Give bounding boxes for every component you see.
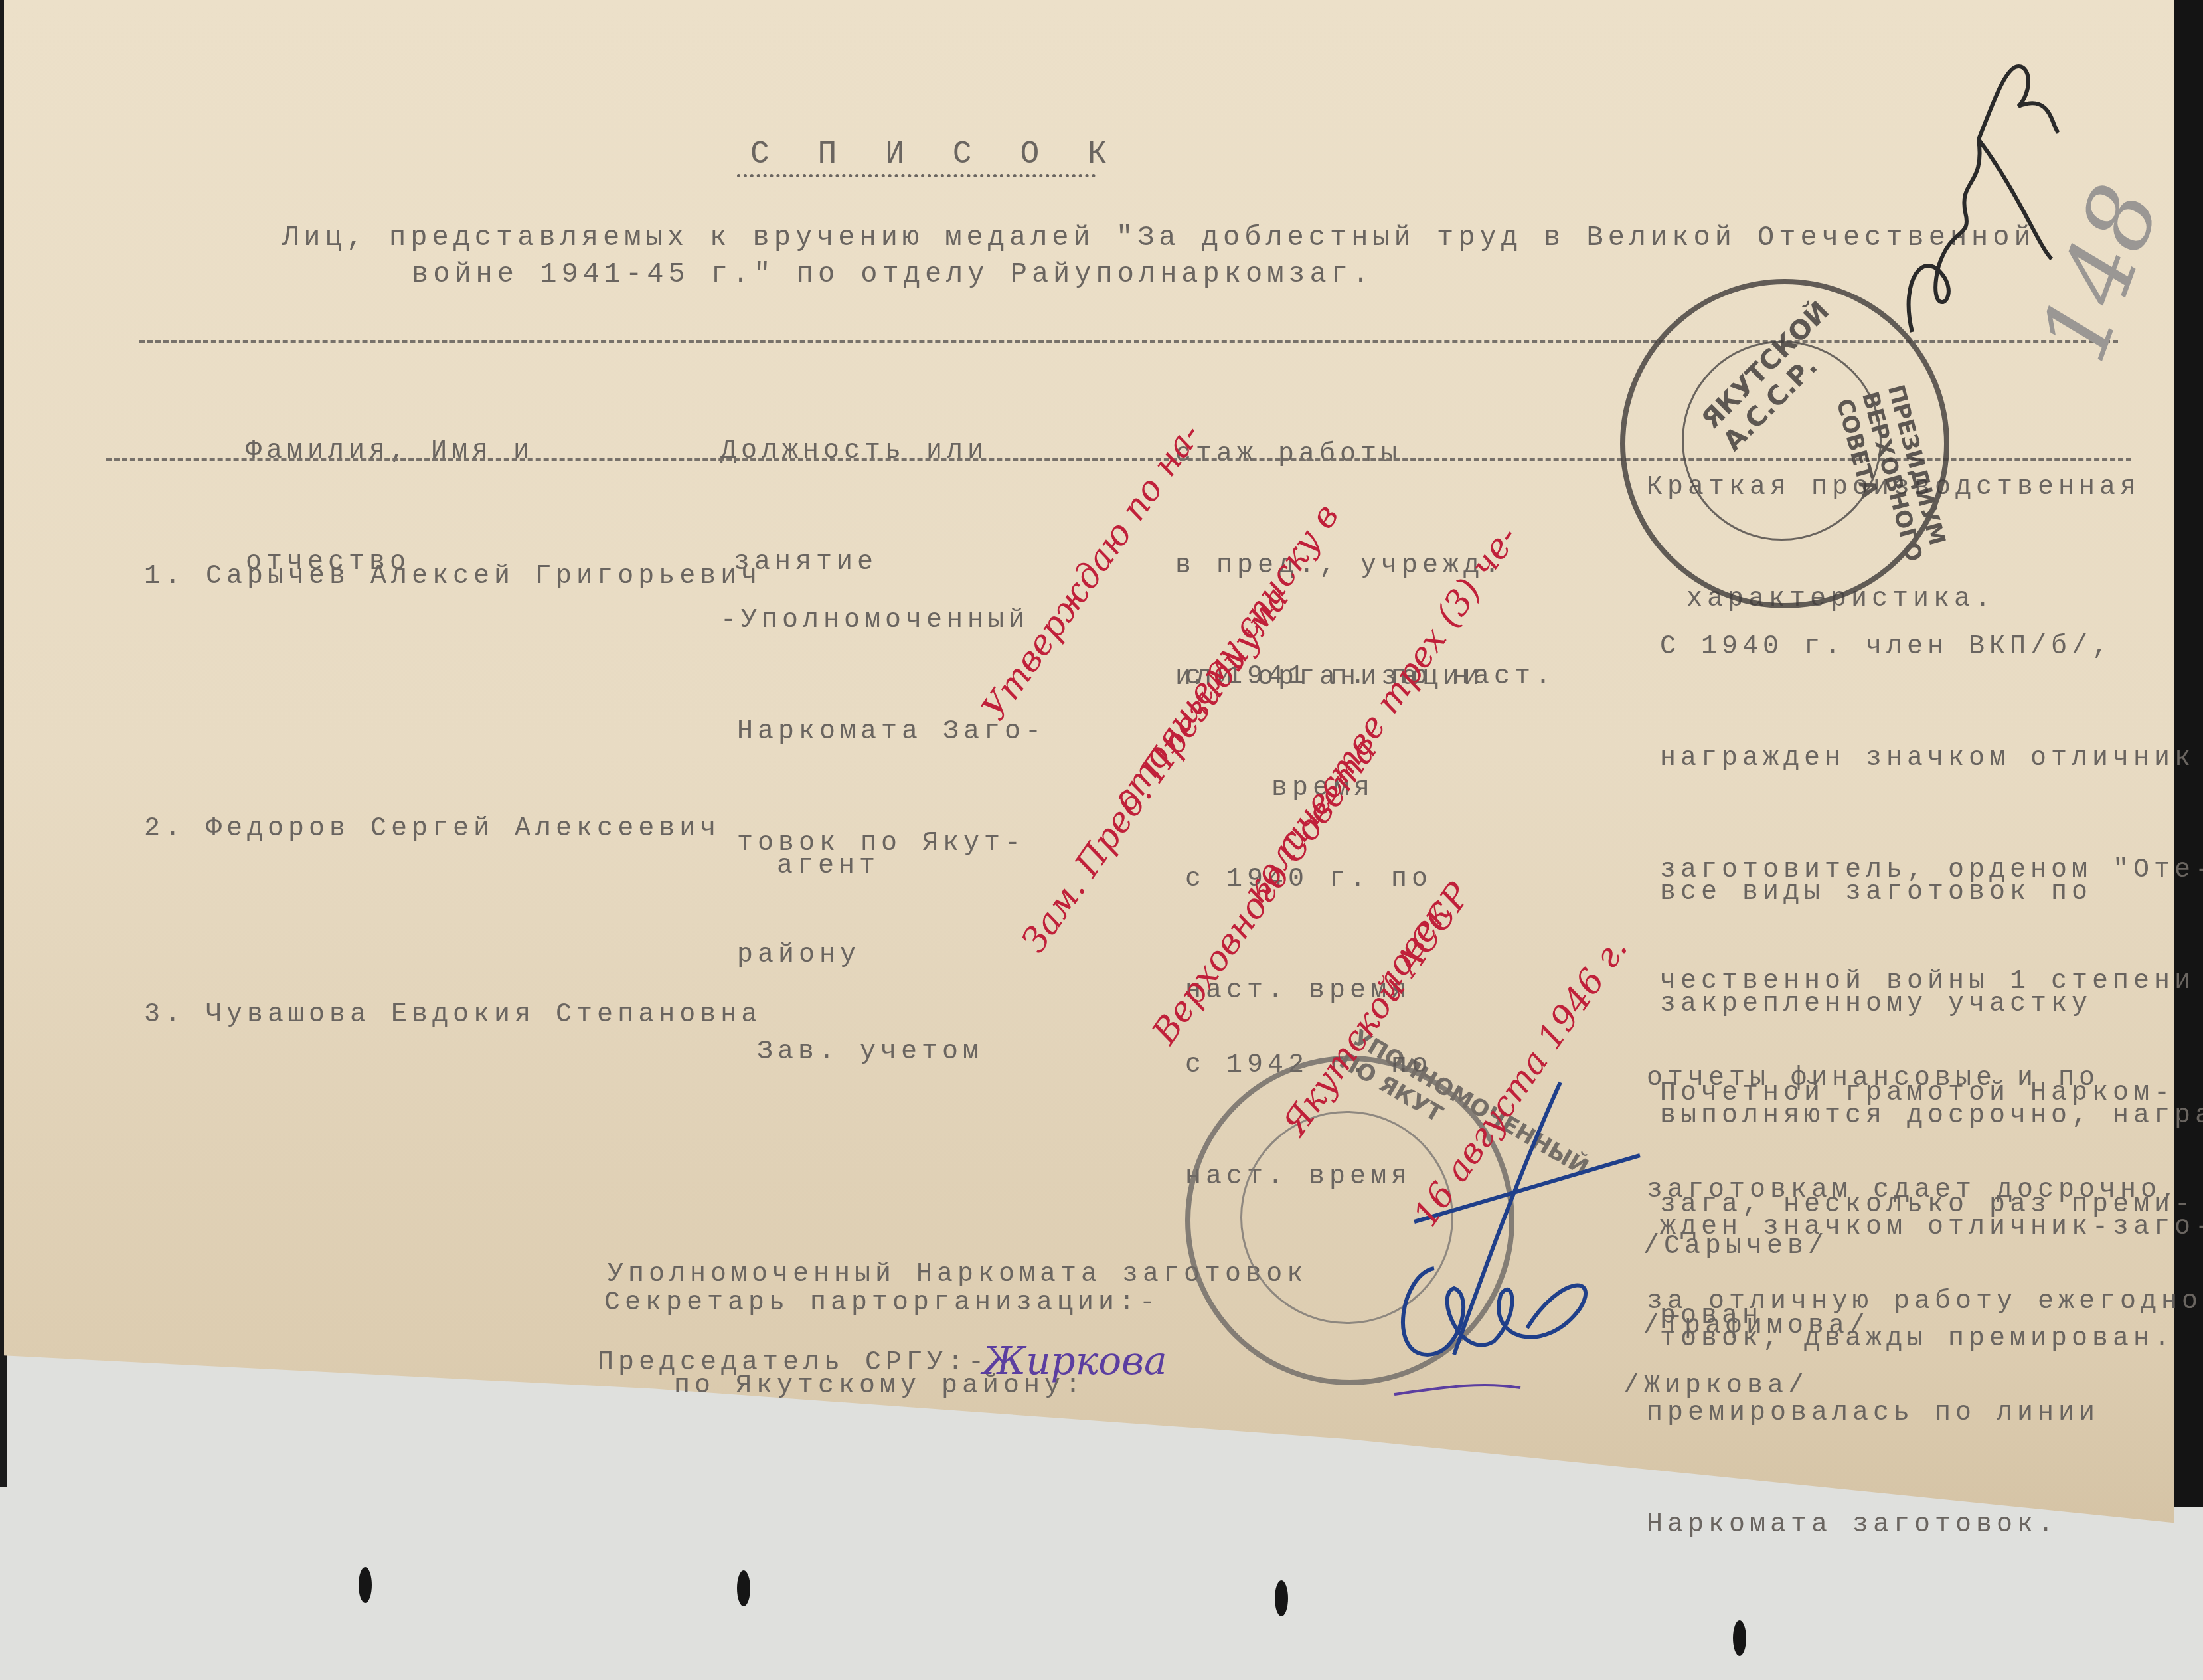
row-characteristic-line: заготовкам сдает досрочно, xyxy=(1647,1172,2202,1209)
binding-hole xyxy=(1275,1580,1288,1616)
row-characteristic-line: награжден значком отличник xyxy=(1660,740,2203,778)
row-number: 3. xyxy=(144,1000,185,1030)
row-characteristic-line: отчеты финансовые и по xyxy=(1647,1060,2202,1098)
row-name: Федоров Сергей Алексеевич xyxy=(206,814,720,844)
row-characteristic: отчеты финансовые и по заготовкам сдает … xyxy=(1647,986,2202,1581)
row-characteristic-line: Наркомата заготовок. xyxy=(1647,1507,2202,1544)
table-row: 3. Чувашова Евдокия Степановна xyxy=(103,960,762,1034)
binding-hole xyxy=(1733,1620,1746,1656)
row-number: 1. xyxy=(144,562,185,592)
binding-hole xyxy=(359,1567,372,1603)
row-position: агент xyxy=(777,774,880,922)
table-row: 1. Сарычев Алексей Григорьевич xyxy=(103,521,762,596)
column-header-line: Должность или xyxy=(720,433,988,470)
intro-line-1: Лиц, представляемых к вручению медалей "… xyxy=(282,219,2036,256)
binding-hole xyxy=(737,1570,750,1606)
row-characteristic-line: С 1940 г. член ВКП/б/, xyxy=(1660,629,2203,666)
row-name: Чувашова Евдокия Степановна xyxy=(206,1000,762,1030)
column-header-line: Фамилия, Имя и xyxy=(246,433,534,470)
row-characteristic-line: все виды заготовок по xyxy=(1660,875,2203,912)
row-number: 2. xyxy=(144,814,185,844)
row-position-line: агент xyxy=(777,848,880,885)
title-underline xyxy=(737,174,1096,177)
intro-line-2: войне 1941-45 г." по отделу Райуполнарко… xyxy=(412,256,1374,293)
table-row: 2. Федоров Сергей Алексеевич xyxy=(103,774,720,848)
signature-secretary: Секретарь парторганизации:- xyxy=(604,1285,1160,1322)
row-position: Зав. учетом xyxy=(757,960,983,1108)
row-name: Сарычев Алексей Григорьевич xyxy=(206,562,762,592)
document-title: С П И С О К xyxy=(750,136,1121,173)
chairman-handwritten-signature: Жиркова xyxy=(983,1338,1167,1383)
signature-chairman: Председатель СРГУ:- xyxy=(598,1345,989,1382)
row-position-line: Зав. учетом xyxy=(757,1034,983,1071)
